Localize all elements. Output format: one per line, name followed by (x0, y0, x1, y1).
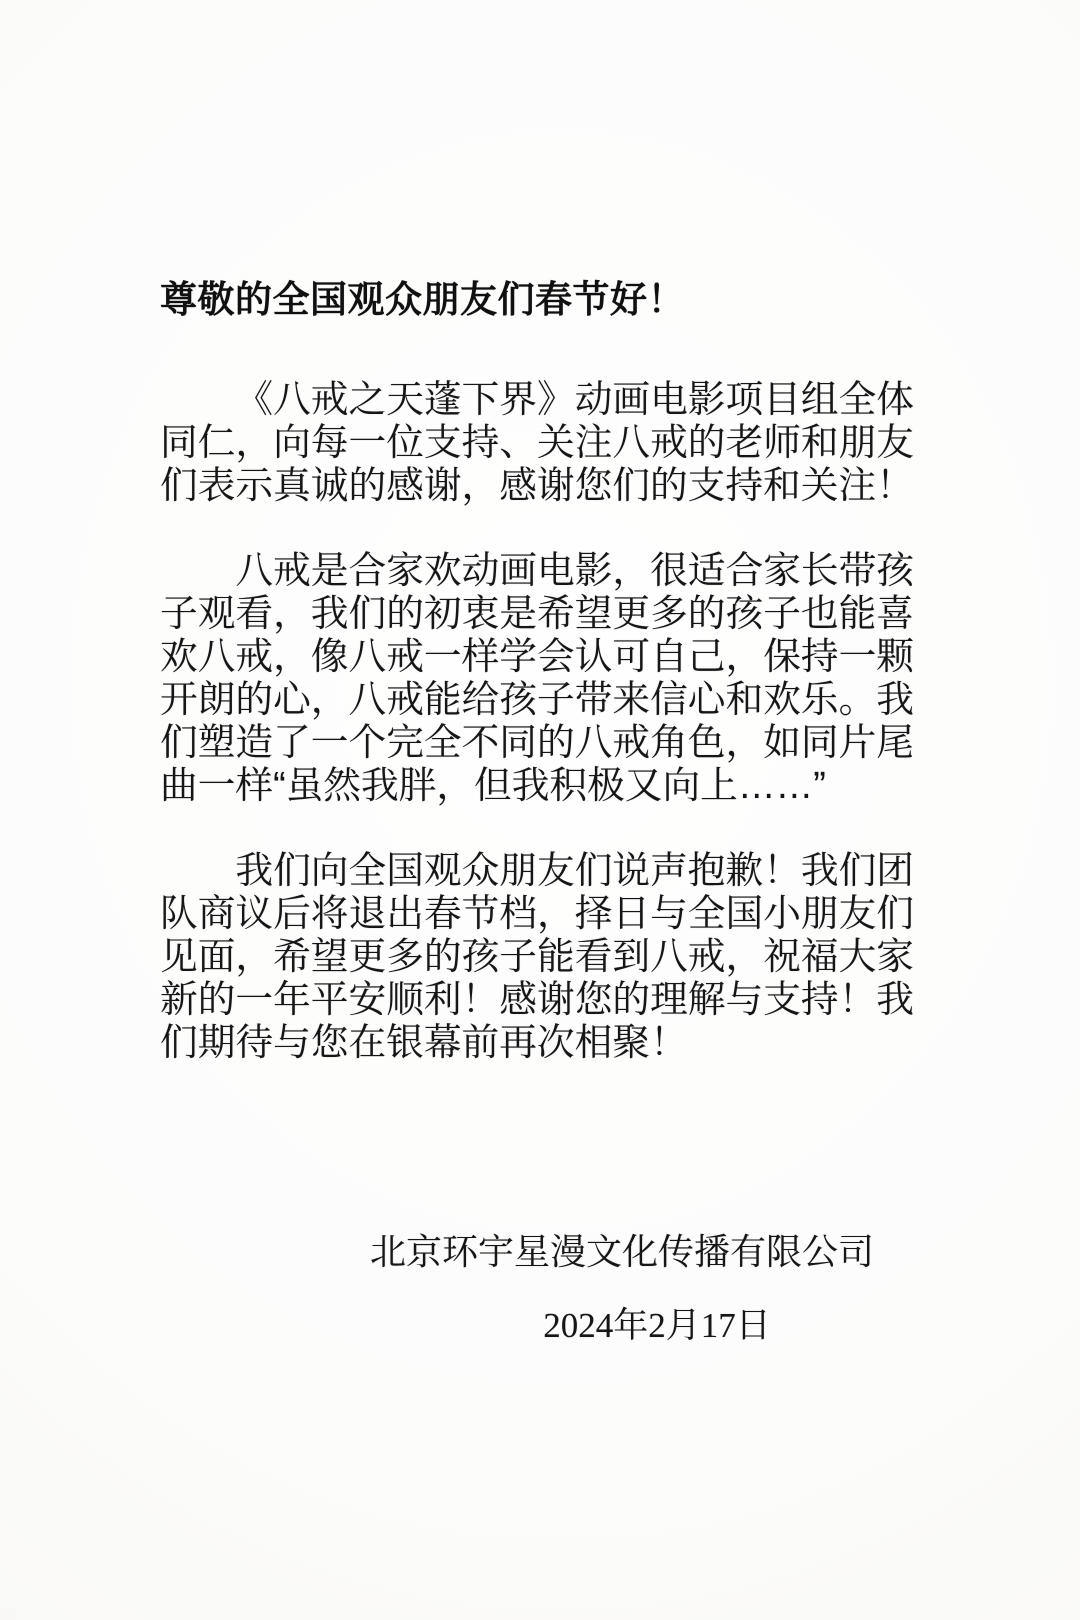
signature-company: 北京环宇星漫文化传播有限公司 (160, 1230, 914, 1274)
signature-date: 2024年2月17日 (280, 1304, 1034, 1348)
notice-paragraph-1: 《八戒之天蓬下界》动画电影项目组全体同仁，向每一位支持、关注八戒的老师和朋友们表… (160, 378, 914, 507)
notice-content: 尊敬的全国观众朋友们春节好！ 《八戒之天蓬下界》动画电影项目组全体同仁，向每一位… (160, 276, 914, 1348)
notice-paragraph-3: 我们向全国观众朋友们说声抱歉！我们团队商议后将退出春节档，择日与全国小朋友们见面… (160, 849, 914, 1064)
notice-page: 尊敬的全国观众朋友们春节好！ 《八戒之天蓬下界》动画电影项目组全体同仁，向每一位… (0, 0, 1080, 1620)
notice-title: 尊敬的全国观众朋友们春节好！ (160, 276, 914, 324)
notice-paragraph-2: 八戒是合家欢动画电影，很适合家长带孩子观看，我们的初衷是希望更多的孩子也能喜欢八… (160, 549, 914, 807)
